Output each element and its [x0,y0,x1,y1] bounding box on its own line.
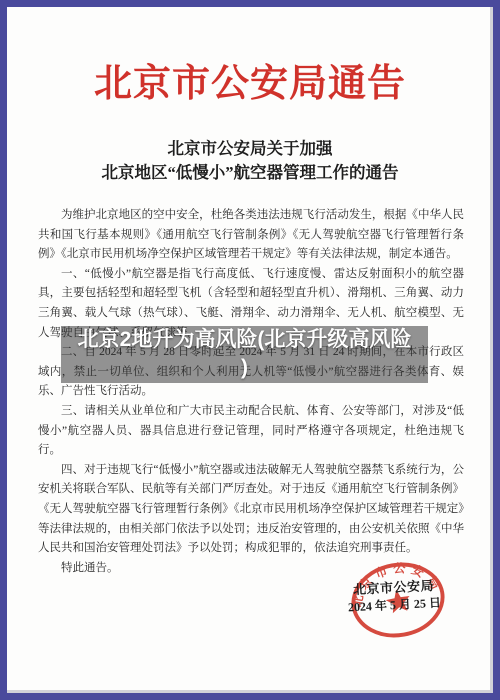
notice-subtitle-line2: 北京地区“低慢小”航空器管理工作的通告 [7,161,493,185]
notice-subtitle-line1: 北京市公安局关于加强 [7,137,493,161]
notice-title: 北京市公安局通告 [7,63,493,105]
headline-overlay-line1: 北京2地升为高风险(北京升级高风险 [61,326,428,354]
signature-block: 北京市公安局 2024 年 5 月 25 日 [313,575,475,618]
notice-page: 北京市公安局通告 北京市公安局关于加强 北京地区“低慢小”航空器管理工作的通告 … [7,7,493,693]
paragraph-intro: 为维护北京地区的空中安全，杜绝各类违法违规飞行活动发生，根据《中华人民共和国飞行… [38,206,464,265]
paragraph-item-3: 三、请相关从业单位和广大市民主动配合民航、体育、公安等部门，对涉及“低慢小”航空… [38,402,464,461]
scanned-notice-frame: 北京市公安局通告 北京市公安局关于加强 北京地区“低慢小”航空器管理工作的通告 … [0,0,500,700]
notice-body: 为维护北京地区的空中安全，杜绝各类违法违规飞行活动发生，根据《中华人民共和国飞行… [38,206,464,578]
headline-overlay-line2: ) [61,354,428,382]
paragraph-item-4: 四、对于违规飞行“低慢小”航空器或违法破解无人驾驶航空器禁飞系统行为，公安机关将… [38,461,464,559]
headline-watermark-overlay: 北京2地升为高风险(北京升级高风险 ) [61,326,428,383]
notice-subtitle: 北京市公安局关于加强 北京地区“低慢小”航空器管理工作的通告 [7,137,493,185]
